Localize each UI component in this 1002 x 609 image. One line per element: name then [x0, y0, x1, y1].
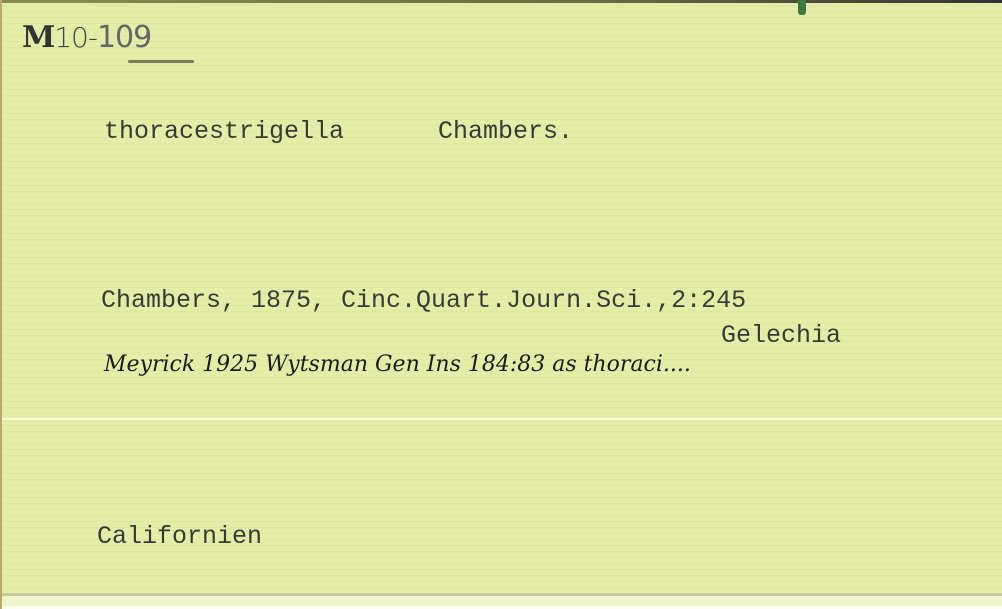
species-name: thoracestrigella [104, 117, 344, 146]
catalog-number: M10-109 [22, 20, 151, 57]
card-top-edge [2, 0, 1002, 3]
catalog-typed-number: 10- [54, 21, 97, 54]
citation-reference: Chambers, 1875, Cinc.Quart.Journ.Sci.,2:… [101, 286, 746, 315]
catalog-underline [128, 60, 194, 63]
card-bottom-strip [2, 596, 1002, 606]
green-tab-marker [798, 0, 806, 15]
scan-seam [2, 418, 1002, 420]
species-author: Chambers. [438, 117, 573, 146]
handwritten-note: Meyrick 1925 Wytsman Gen Ins 184:83 as t… [104, 352, 691, 377]
index-card: M10-109 thoracestrigella Chambers. Chamb… [0, 0, 1002, 609]
genus-label: Gelechia [721, 321, 841, 350]
locality: Californien [97, 522, 262, 551]
catalog-handwritten-number: 109 [97, 20, 151, 55]
catalog-prefix: M [22, 20, 54, 55]
